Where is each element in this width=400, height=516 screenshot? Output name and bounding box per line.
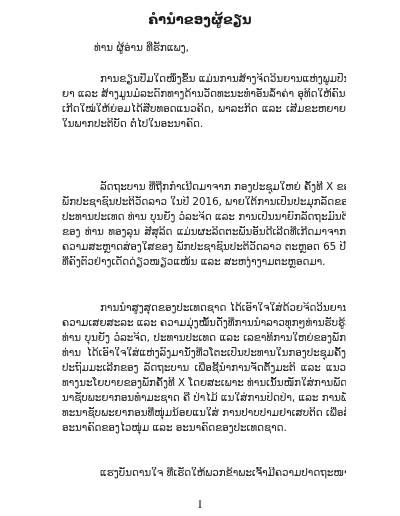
paragraph-line: ທ່ານ ໄດ້ເອົາໃຈໃສ່ແຫ່ງລົງມານັ່ງທີ່ວໂຕະເປັ… — [62, 347, 346, 360]
paragraph-line: ທ່ານ ບຸນຍັງ ວໍລະຈິດ, ປະທານປະເທດ ແລະ ເລຂາ… — [62, 332, 346, 345]
paragraph-line: ໃນພາກປະຕິບັດ ຕໍ່ໄປໃນອະນາຄົດ. — [62, 118, 346, 131]
paragraph-line: ປະຖົມມະເລີກຂອງ ລັດຖະບານ ເພື່ອຊີ້ນຳການຈັດ… — [62, 362, 346, 375]
paragraph-line: ພັກປະຊາຊົນປະຕິວັດລາວ ໃນປີ 2016, ພາຍໃຕ້ກາ… — [62, 196, 346, 209]
page-number: I — [0, 497, 400, 512]
paragraph-line: ຄວາມສະຫຼາດສ່ອງໃສຂອງ ພັກປະຊາຊົນປະຕິວັດລາວ… — [62, 241, 346, 254]
paragraph-line: ປະທານປະເທດ ທ່ານ ບຸນຍັງ ວໍລະຈິດ ແລະ ການເປ… — [62, 211, 346, 224]
paragraph-line: ອະນາຄົດຂອງໄວໜຸ່ມ ແລະ ອະນາຄົດຂອງປະເທດຊາດ. — [62, 422, 346, 435]
page-title: ຄຳນຳຂອງຜູ້ຂຽນ — [0, 13, 400, 28]
paragraph-line: ເກີດໃໝ່ໃຫ້ຍ່ອມໄດ້ສືບທອດແນວຄິດ, ພາລະກິດ ແ… — [62, 103, 346, 116]
paragraph-line: ລັດຖະບານ ທີ່ຖືກກຳເນີດມາຈາກ ກອງປະຊຸມໃຫຍ່ … — [100, 181, 346, 194]
paragraph-line: ທາງນະໂຍບາຍຂອງພັກຄັ້ງທີ X ໂດຍສະເພາະ ທ່ານເ… — [62, 377, 346, 390]
paragraph-line: ທີ່ຄົງຕົວຢ່າງເດັດດ່ຽວໜຽວແໜ້ນ ແລະ ສະຫງ່າງ… — [62, 256, 346, 269]
paragraph-line: ທະນາຊັບພະຍາກອນທີ່ໜຸ່ມນ້ອຍແນໃສ່ ການປາບປາມ… — [62, 407, 346, 420]
paragraph-line: ຍາ ແລະ ສ້າງມູນມໍລະດົກທາງດ້ານວັດທະນະທຳອັນ… — [62, 88, 346, 101]
paragraph-line: ຂອງ ທ່ານ ທອງລຸນ ສີສຸລິດ ແມ່ນຜະລິດຕະພັນອັ… — [62, 226, 346, 239]
paragraph-line: ແຮງບັນດານໃຈ ທີ່ເຮັດໃຫ້ພວກຂ້າພະເຈົ້າມີຄວາ… — [100, 467, 346, 480]
paragraph-line: ການຂຽນປຶ້ມໃດໜຶ່ງຂຶ້ນ ແມ່ນການສ້າງຈິດວິນຍາ… — [100, 73, 346, 86]
paragraph-line: ການນຳສູງສຸດຂອງປະເທດຊາດ ໄດ້ເອົາໃຈໃສ່ດ້ວຍຈ… — [100, 302, 346, 315]
paragraph-line: ນາຊັບພະຍາກອນທຳມະຊາດ ຄື ປ່າໄມ້ ແນໃສ່ການປົ… — [62, 392, 346, 405]
salutation: ທ່ານ ຜູ້ອ່ານ ທີ່ຮັກແພງ, — [94, 42, 189, 55]
document-page: ຄຳນຳຂອງຜູ້ຂຽນ ທ່ານ ຜູ້ອ່ານ ທີ່ຮັກແພງ, ກາ… — [0, 0, 400, 516]
paragraph-line: ຄວາມເສຍສະລະ ແລະ ຄວາມມຸ່ງໝັ້ນດັ່ງທີ່ການນຳ… — [62, 317, 346, 330]
